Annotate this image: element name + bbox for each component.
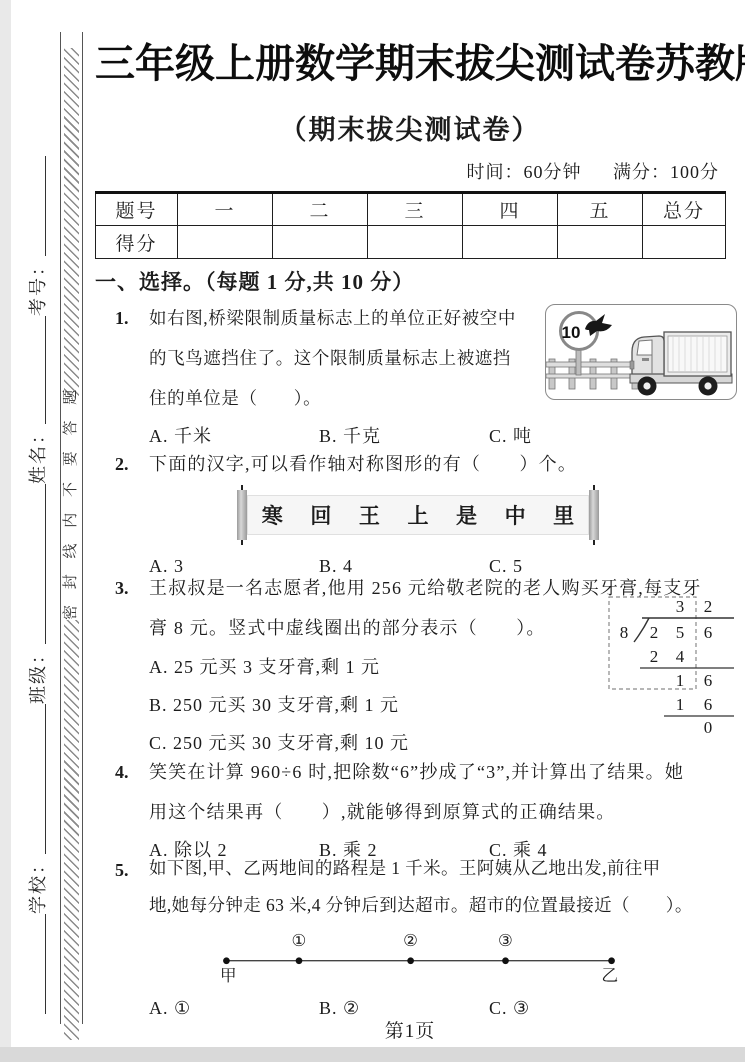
dividend-ones: 6 <box>704 623 713 642</box>
scroll-roller-left-icon <box>237 490 247 540</box>
question-4-line-1: 笑笑在计算 960÷6 时,把除数“6”抄成了“3”,并计算出了结果。她 <box>149 752 725 792</box>
school-label: 学校： <box>28 854 48 914</box>
full-score: 满分：100分 <box>613 162 719 182</box>
truck-figure-svg: 10 <box>546 305 736 398</box>
question-2-number: 2. <box>115 444 129 484</box>
question-5-number: 5. <box>115 850 129 890</box>
question-4-line-2: 用这个结果再（ ）,就能够得到原算式的正确结果。 <box>149 792 725 832</box>
left-endpoint-label: 甲 <box>220 966 237 985</box>
page-number: 第1页 <box>95 1016 725 1043</box>
scan-edge-left <box>0 0 11 1062</box>
point-1-label: ① <box>291 931 306 950</box>
header-part-3: 三 <box>368 193 463 226</box>
top-blank-line <box>32 156 46 256</box>
truck-icon <box>630 332 732 396</box>
page-title: 三年级上册数学期末拔尖测试卷苏教版 <box>95 32 725 89</box>
right-endpoint-label: 乙 <box>601 966 618 985</box>
name-blank-line <box>32 484 46 644</box>
question-2-line-1: 下面的汉字,可以看作轴对称图形的有（ ）个。 <box>149 444 725 484</box>
header-part-1: 一 <box>178 193 273 226</box>
subtract2-ones: 6 <box>704 695 713 714</box>
header-part-4: 四 <box>463 193 558 226</box>
banner-char-3: 王 <box>359 500 380 530</box>
student-info-rotated: 学校：班级：姓名：考号： <box>18 92 58 1014</box>
seal-text-zone: 密 封 线 内 不 要 答 题 <box>61 396 81 620</box>
division-bracket <box>634 618 649 642</box>
question-5-line-1: 如下图,甲、乙两地间的路程是 1 千米。王阿姨从乙地出发,前往甲 <box>149 850 725 887</box>
exam-page: 三年级上册数学期末拔尖测试卷苏教版 （期末拔尖测试卷） 时间：60分钟 满分：1… <box>95 0 725 1062</box>
examno-label: 考号： <box>28 256 48 316</box>
seal-hatch-top <box>64 48 79 396</box>
question-3: 3. 王叔叔是一名志愿者,他用 256 元给敬老院的老人购买牙膏,每支牙 膏 8… <box>115 568 725 762</box>
question-2: 2. 下面的汉字,可以看作轴对称图形的有（ ）个。 寒 回 王 上 是 中 里 … <box>115 444 725 580</box>
question-4: 4. 笑笑在计算 960÷6 时,把除数“6”抄成了“3”,并计算出了结果。她 … <box>115 752 725 864</box>
remainder1-tens: 1 <box>676 671 685 690</box>
divisor: 8 <box>620 623 629 642</box>
question-4-number: 4. <box>115 752 129 792</box>
question-5-line-2: 地,她每分钟走 63 米,4 分钟后到达超市。超市的位置最接近（ ）。 <box>149 887 725 924</box>
score-table-score-row: 得分 <box>96 226 726 259</box>
score-cell-1 <box>178 226 273 259</box>
character-scroll-banner: 寒 回 王 上 是 中 里 <box>237 488 599 542</box>
header-total: 总分 <box>643 193 726 226</box>
point-3-label: ③ <box>498 931 513 950</box>
banner-char-2: 回 <box>310 500 331 530</box>
exam-info: 时间：60分钟 满分：100分 <box>441 158 720 184</box>
long-division-figure: 3 2 8 2 5 6 2 4 1 6 1 6 0 <box>604 594 739 736</box>
quotient-tens: 3 <box>676 597 685 616</box>
final-remainder: 0 <box>704 718 713 736</box>
header-part-5: 五 <box>558 193 643 226</box>
quotient-ones: 2 <box>704 597 713 616</box>
bridge-sign-truck-figure: 10 <box>545 304 737 400</box>
dividend-hundreds: 2 <box>650 623 659 642</box>
question-1: 1. 如右图,桥梁限制质量标志上的单位正好被空中 的飞鸟遮挡住了。这个限制质量标… <box>115 298 725 450</box>
subtract1-ones: 4 <box>676 647 685 666</box>
score-table-header-row: 题号 一 二 三 四 五 总分 <box>96 193 726 226</box>
scroll-roller-right-icon <box>589 490 599 540</box>
banner-char-1: 寒 <box>262 500 283 530</box>
seal-text: 密 封 线 内 不 要 答 题 <box>62 396 81 620</box>
question-1-number: 1. <box>115 298 129 338</box>
scroll-banner-characters: 寒 回 王 上 是 中 里 <box>247 495 589 535</box>
examno-blank-line <box>32 316 46 424</box>
remainder1-ones: 6 <box>704 671 713 690</box>
banner-char-6: 中 <box>505 500 526 530</box>
class-blank-line <box>32 704 46 854</box>
score-cell-5 <box>558 226 643 259</box>
school-blank-line <box>32 914 46 1014</box>
score-cell-total <box>643 226 726 259</box>
dividend-tens: 5 <box>676 623 685 642</box>
student-info-strip: 学校：班级：姓名：考号： <box>16 92 60 1014</box>
name-label: 姓名： <box>28 424 48 484</box>
banner-char-5: 是 <box>456 500 477 530</box>
subtract1-tens: 2 <box>650 647 659 666</box>
banner-char-4: 上 <box>407 500 428 530</box>
page-subtitle: （期末拔尖测试卷） <box>95 108 725 147</box>
time-limit: 时间：60分钟 <box>467 162 582 182</box>
fence-icon <box>546 359 642 389</box>
score-cell-3 <box>368 226 463 259</box>
header-question-number: 题号 <box>96 193 178 226</box>
score-row-label: 得分 <box>96 226 178 259</box>
distance-number-line: ① ② ③ 甲 乙 <box>219 928 619 986</box>
seal-hatch-bottom <box>64 620 79 1040</box>
score-cell-2 <box>273 226 368 259</box>
subtract2-tens: 1 <box>676 695 685 714</box>
score-cell-4 <box>463 226 558 259</box>
sign-value-text: 10 <box>562 323 581 342</box>
banner-char-7: 里 <box>553 500 574 530</box>
seal-line-strip: 密 封 线 内 不 要 答 题 <box>60 32 83 1024</box>
header-part-2: 二 <box>273 193 368 226</box>
section-1-heading: 一、选择。（每题 1 分,共 10 分） <box>95 266 414 296</box>
point-2-label: ② <box>403 931 418 950</box>
question-5: 5. 如下图,甲、乙两地间的路程是 1 千米。王阿姨从乙地出发,前往甲 地,她每… <box>115 850 725 1022</box>
score-table: 题号 一 二 三 四 五 总分 得分 <box>95 191 726 259</box>
question-3-number: 3. <box>115 568 129 608</box>
class-label: 班级： <box>28 644 48 704</box>
